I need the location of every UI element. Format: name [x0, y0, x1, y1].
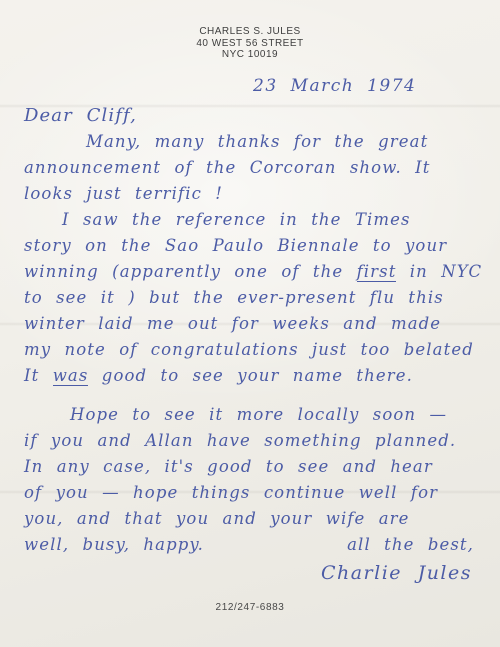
letter-line: announcement of the Corcoran show. It [24, 155, 492, 181]
letterhead-name: CHARLES S. JULES [0, 26, 500, 38]
letter-line: In any case, it's good to see and hear [24, 454, 492, 480]
underlined-word: was [53, 366, 89, 386]
letter-line: story on the Sao Paulo Biennale to your [24, 233, 492, 259]
letter-line-segment: good to see your name there. [88, 366, 413, 385]
footer-phone: 212/247-6883 [0, 602, 500, 613]
letter-line: winter laid me out for weeks and made [24, 311, 492, 337]
paragraph-3: Hope to see it more locally soon — if yo… [24, 402, 492, 558]
letter-line-segment: winning (apparently one of the [24, 262, 357, 281]
letter-line: of you — hope things continue well for [24, 480, 492, 506]
letter-body: Dear Cliff, Many, many thanks for the gr… [24, 103, 492, 588]
letter-line: Hope to see it more locally soon — [24, 402, 492, 428]
letter-line: It was good to see your name there. [24, 363, 492, 389]
paragraph-1: Many, many thanks for the great announce… [24, 129, 492, 207]
letter-line: winning (apparently one of the first in … [24, 259, 492, 285]
letter-line-segment: well, busy, happy. [24, 532, 204, 558]
letter-line: if you and Allan have something planned. [24, 428, 492, 454]
letter-line-segment: in NYC [396, 262, 482, 281]
letter-line: I saw the reference in the Times [24, 207, 492, 233]
letter-line: well, busy, happy. all the best, [24, 532, 492, 558]
letter-line: you, and that you and your wife are [24, 506, 492, 532]
salutation: Dear Cliff, [24, 103, 492, 129]
letterhead-address-line1: 40 WEST 56 STREET [0, 38, 500, 50]
letter-line: to see it ) but the ever-present flu thi… [24, 285, 492, 311]
letterhead-address-line2: NYC 10019 [0, 49, 500, 61]
closing: all the best, [347, 532, 474, 558]
letterhead: CHARLES S. JULES 40 WEST 56 STREET NYC 1… [0, 26, 500, 61]
letter-line-segment: It [24, 366, 53, 385]
signature: Charlie Jules [24, 558, 492, 588]
paragraph-2: I saw the reference in the Times story o… [24, 207, 492, 389]
letter-date: 23 March 1974 [253, 76, 416, 96]
letter-page: CHARLES S. JULES 40 WEST 56 STREET NYC 1… [0, 0, 500, 647]
letter-line: looks just terrific ! [24, 181, 492, 207]
letter-line: Many, many thanks for the great [24, 129, 492, 155]
underlined-word: first [357, 262, 397, 282]
letter-line: my note of congratulations just too bela… [24, 337, 492, 363]
